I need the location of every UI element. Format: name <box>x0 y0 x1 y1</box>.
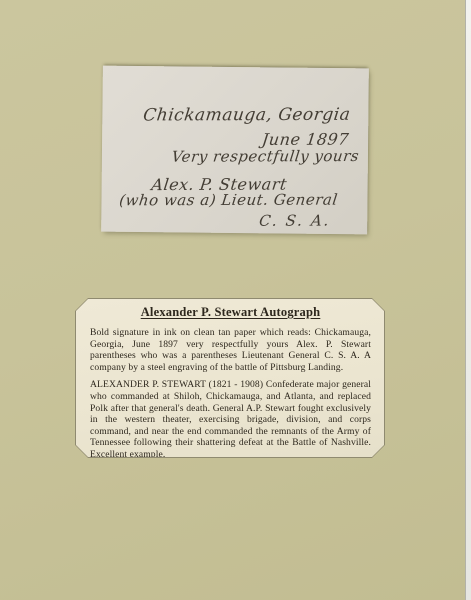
scan-edge-strip <box>465 0 471 600</box>
handwriting-line-rank: (who was a) Lieut. General <box>118 191 339 210</box>
description-label-card: Alexander P. Stewart Autograph Bold sign… <box>75 298 385 458</box>
mat-board: Chickamauga, Georgia June 1897 Very resp… <box>0 0 471 600</box>
label-paragraph-description: Bold signature in ink on clean tan paper… <box>90 327 371 373</box>
price-label: $250.00 <box>90 465 371 477</box>
label-card-body: Alexander P. Stewart Autograph Bold sign… <box>76 299 384 457</box>
handwriting-line-salutation: Very respectfully yours <box>171 147 360 166</box>
autograph-note-card: Chickamauga, Georgia June 1897 Very resp… <box>101 66 369 235</box>
handwriting-line-place: Chickamauga, Georgia <box>142 105 352 126</box>
handwriting-line-csa: C. S. A. <box>258 212 332 230</box>
label-title: Alexander P. Stewart Autograph <box>90 305 371 319</box>
handwriting-line-date: June 1897 <box>261 130 350 149</box>
label-paragraph-biography: ALEXANDER P. STEWART (1821 - 1908) Confe… <box>90 379 371 460</box>
